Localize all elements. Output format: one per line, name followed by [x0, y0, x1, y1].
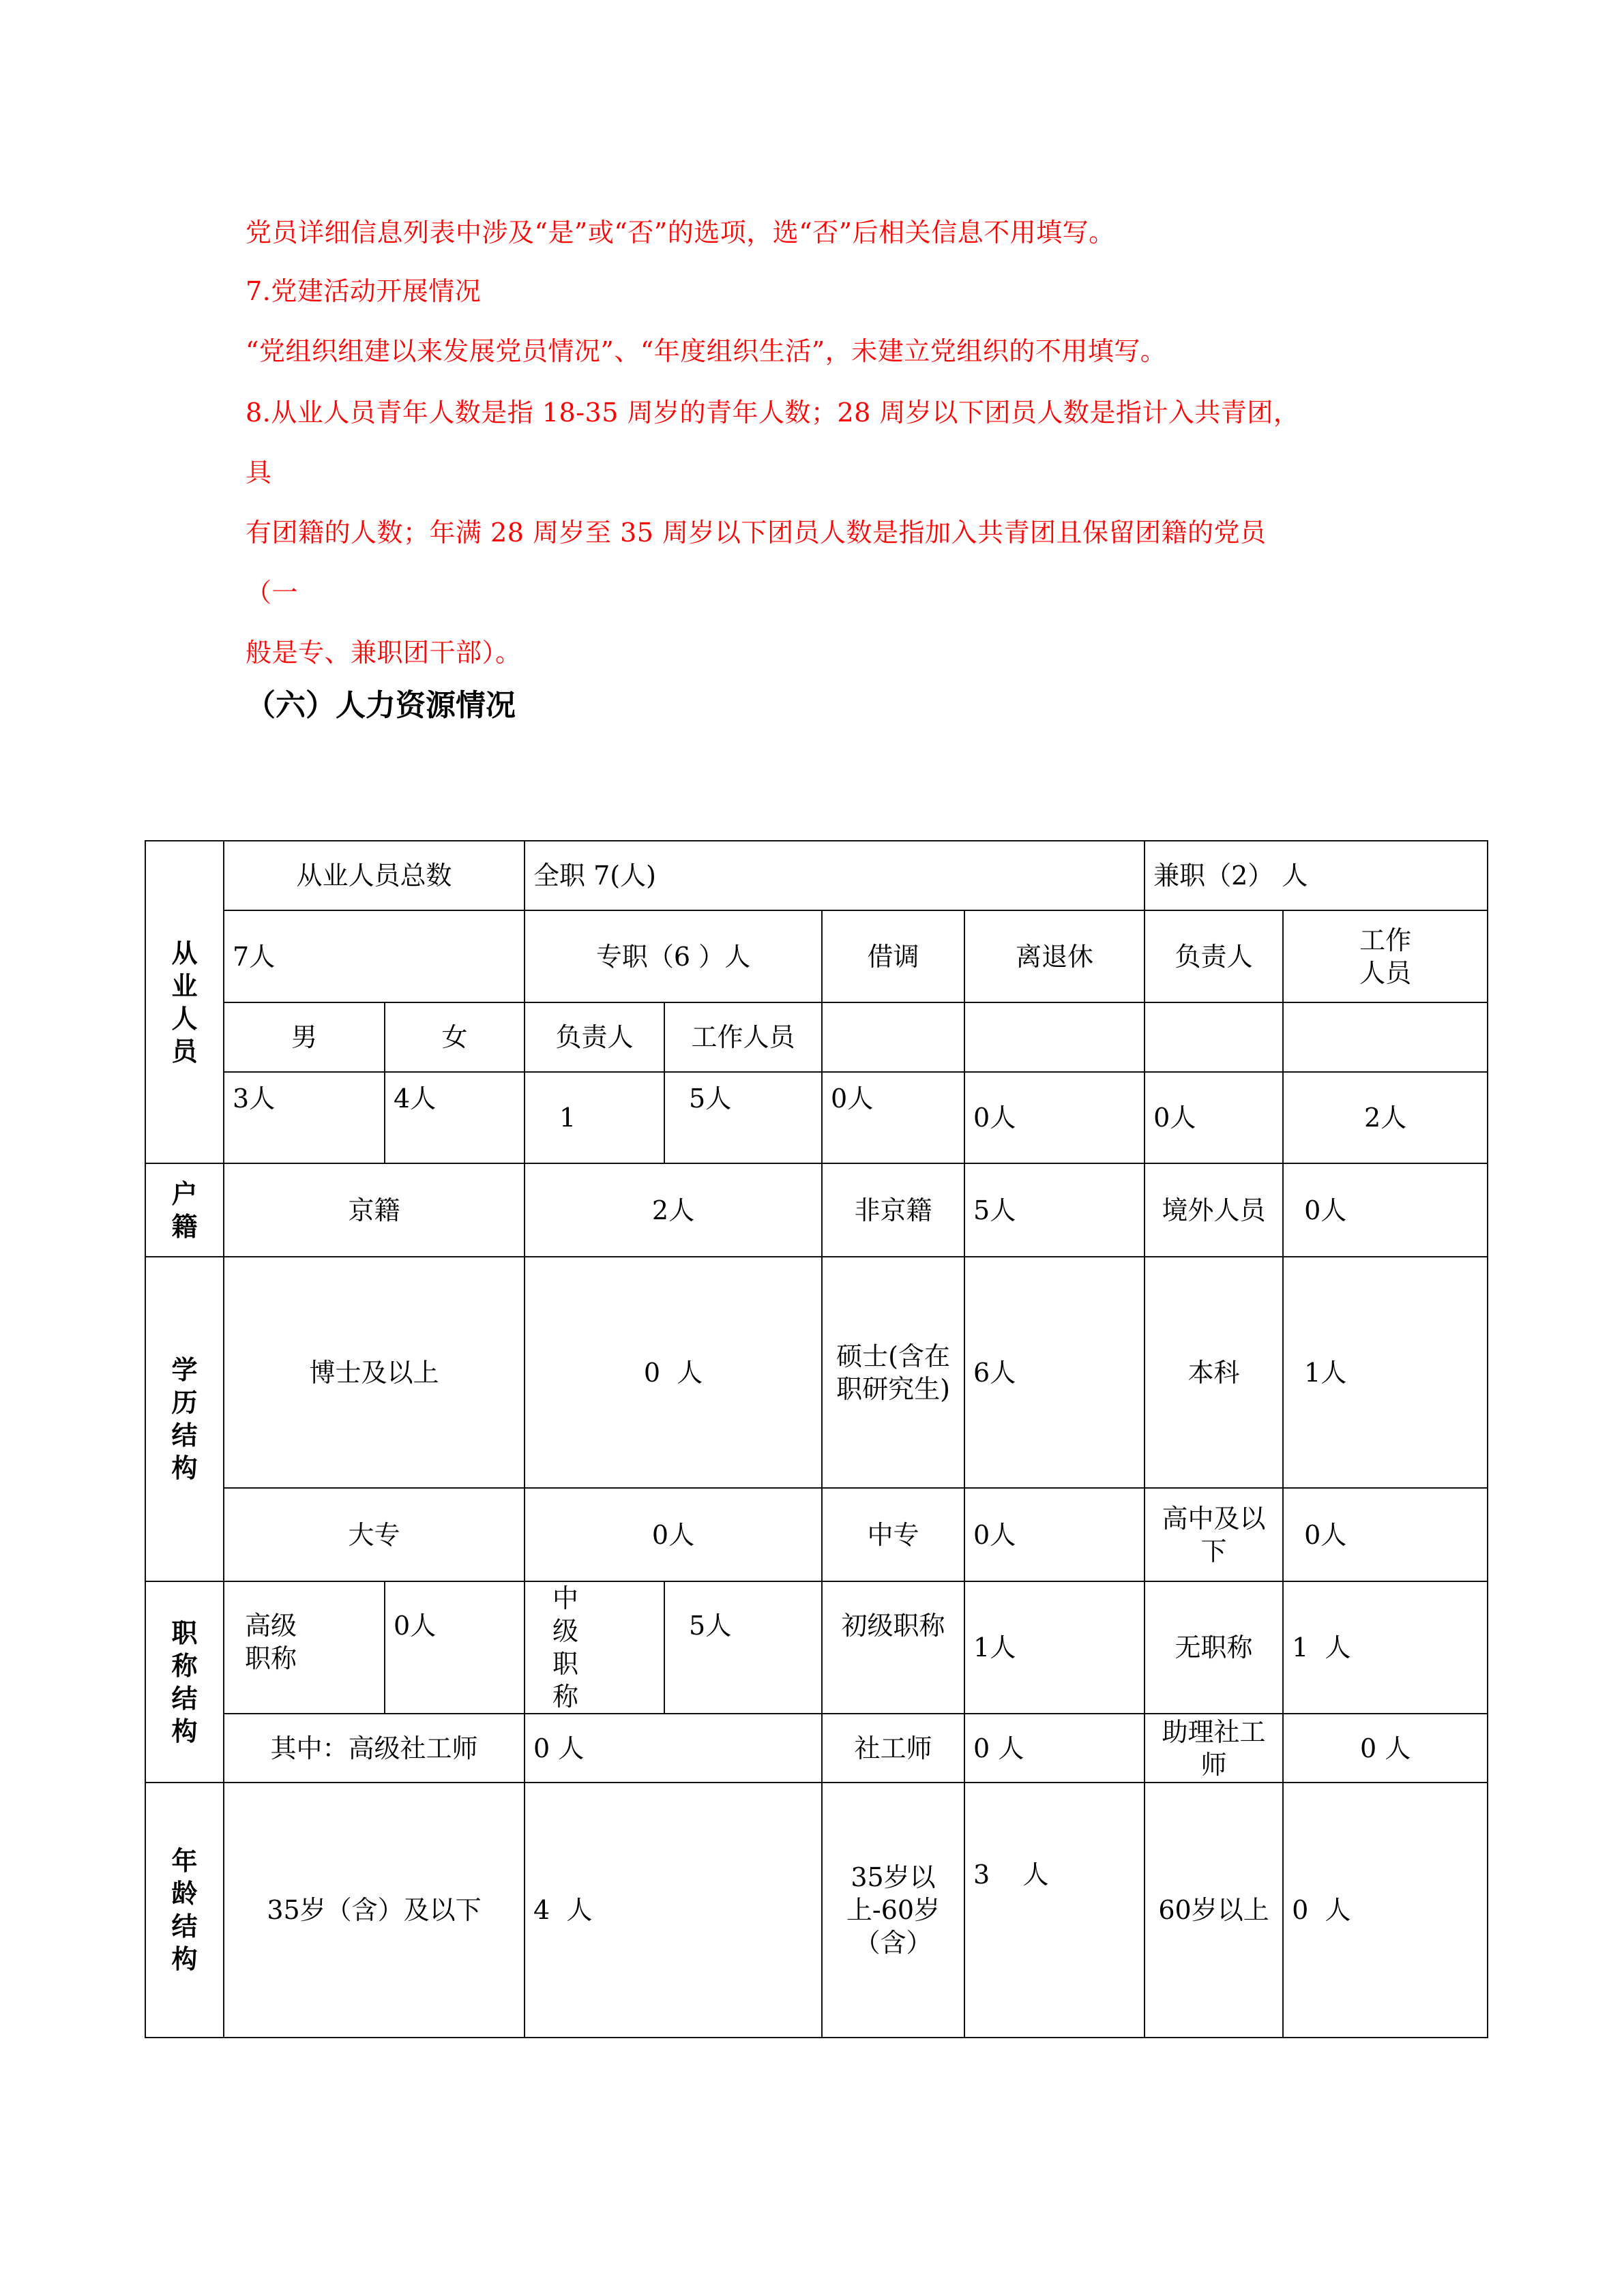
middle-title-value: 5人: [664, 1581, 822, 1714]
empty-cell: [822, 1002, 964, 1072]
note-line: （一: [246, 577, 298, 608]
mid-age-value: 3 人: [964, 1783, 1145, 2038]
empty-cell: [1145, 1002, 1283, 1072]
junior-title-label: 初级职称: [822, 1581, 964, 1714]
age-header: 年龄 结构: [145, 1783, 224, 2038]
bachelor-value: 1人: [1283, 1257, 1488, 1488]
junior-title-value: 1人: [964, 1581, 1145, 1714]
nonbeijing-value: 5人: [964, 1163, 1145, 1257]
retired-label: 离退休: [964, 910, 1145, 1002]
note-line: 有团籍的人数；年满 28 周岁至 35 周岁以下团员人数是指加入共青团且保留团籍…: [246, 517, 1267, 548]
college-value: 0人: [525, 1488, 822, 1581]
no-title-value: 1 人: [1283, 1581, 1488, 1714]
fulltime-label: 全职 7(人): [525, 841, 1145, 910]
senior-title-label: 高级 职称: [224, 1581, 385, 1714]
under35-value: 4 人: [525, 1783, 822, 2038]
total-value: 7人: [224, 910, 525, 1002]
empty-cell: [964, 1002, 1145, 1072]
empty-cell: [1283, 1002, 1488, 1072]
college-label: 大专: [224, 1488, 525, 1581]
section-title: （六）人力资源情况: [246, 681, 516, 724]
senior-sw-value: 0 人: [525, 1714, 822, 1783]
master-value: 6人: [964, 1257, 1145, 1488]
phd-value: 0 人: [525, 1257, 822, 1488]
total-label: 从业人员总数: [224, 841, 525, 910]
senior-title-value: 0人: [385, 1581, 525, 1714]
parttime-label: 兼职（2） 人: [1145, 841, 1488, 910]
ft-leader-value: 1: [525, 1072, 664, 1163]
employees-header: 从业 人员: [145, 841, 224, 1163]
dedicated-label: 专职（6 ）人: [525, 910, 822, 1002]
sw-value: 0 人: [964, 1714, 1145, 1783]
master-label: 硕士(含在职研究生): [822, 1257, 964, 1488]
male-value: 3人: [224, 1072, 385, 1163]
ft-leader-label: 负责人: [525, 1002, 664, 1072]
human-resources-table: 从业 人员 从业人员总数 全职 7(人) 兼职（2） 人 7人 专职（6 ）人 …: [145, 840, 1488, 2038]
female-label: 女: [385, 1002, 525, 1072]
nonbeijing-label: 非京籍: [822, 1163, 964, 1257]
pt-staff-label: 工作 人员: [1283, 910, 1488, 1002]
highschool-value: 0人: [1283, 1488, 1488, 1581]
phd-label: 博士及以上: [224, 1257, 525, 1488]
bachelor-label: 本科: [1145, 1257, 1283, 1488]
sw-label: 社工师: [822, 1714, 964, 1783]
over60-value: 0 人: [1283, 1783, 1488, 2038]
under35-label: 35岁（含）及以下: [224, 1783, 525, 2038]
titles-header: 职称 结构: [145, 1581, 224, 1783]
beijing-value: 2人: [525, 1163, 822, 1257]
ft-staff-label: 工作人员: [664, 1002, 822, 1072]
beijing-label: 京籍: [224, 1163, 525, 1257]
pt-leader-label: 负责人: [1145, 910, 1283, 1002]
no-title-label: 无职称: [1145, 1581, 1283, 1714]
seconded-value: 0人: [822, 1072, 964, 1163]
middle-title-label: 中 级 职 称: [525, 1581, 664, 1714]
education-header: 学历 结构: [145, 1257, 224, 1581]
secondary-label: 中专: [822, 1488, 964, 1581]
assistant-sw-value: 0 人: [1283, 1714, 1488, 1783]
male-label: 男: [224, 1002, 385, 1072]
residence-header: 户籍: [145, 1163, 224, 1257]
note-line: 党员详细信息列表中涉及“是”或“否”的选项，选“否”后相关信息不用填写。: [246, 217, 1115, 248]
female-value: 4人: [385, 1072, 525, 1163]
overseas-value: 0人: [1283, 1163, 1488, 1257]
note-line: 般是专、兼职团干部）。: [246, 637, 522, 668]
note-line: 8.从业人员青年人数是指 18-35 周岁的青年人数；28 周岁以下团员人数是指…: [246, 397, 1299, 428]
over60-label: 60岁以上: [1145, 1783, 1283, 2038]
senior-sw-label: 其中：高级社工师: [224, 1714, 525, 1783]
pt-staff-value: 2人: [1283, 1072, 1488, 1163]
note-line: 7.党建活动开展情况: [246, 275, 481, 307]
note-line: 具: [246, 457, 272, 488]
retired-value: 0人: [964, 1072, 1145, 1163]
note-line: “党组织组建以来发展党员情况”、“年度组织生活”，未建立党组织的不用填写。: [246, 336, 1166, 367]
assistant-sw-label: 助理社工师: [1145, 1714, 1283, 1783]
ft-staff-value: 5人: [664, 1072, 822, 1163]
secondary-value: 0人: [964, 1488, 1145, 1581]
pt-leader-value: 0人: [1145, 1072, 1283, 1163]
highschool-label: 高中及以下: [1145, 1488, 1283, 1581]
mid-age-label: 35岁以上-60岁（含）: [822, 1783, 964, 2038]
overseas-label: 境外人员: [1145, 1163, 1283, 1257]
seconded-label: 借调: [822, 910, 964, 1002]
